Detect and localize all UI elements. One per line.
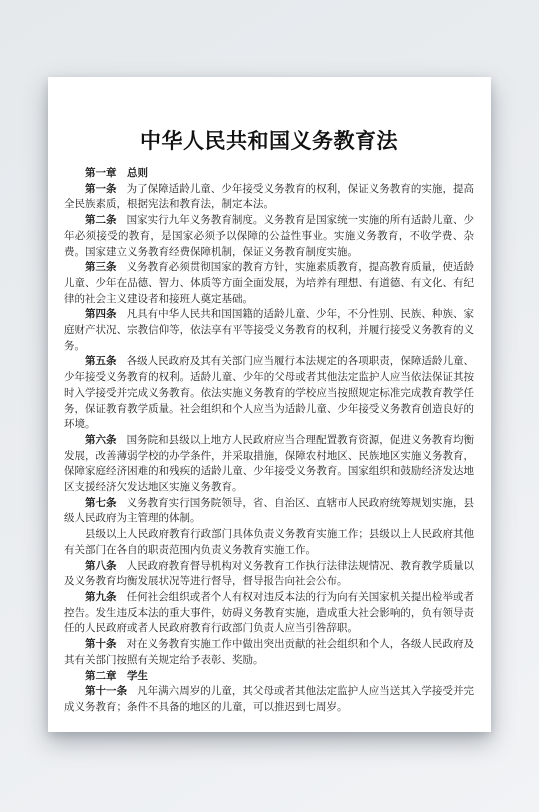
desktop-background: 中华人民共和国义务教育法 第一章 总则 第一条为了保障适龄儿童、少年接受义务教育… [0, 0, 539, 812]
paragraph-text: 县级以上人民政府教育行政部门具体负责义务教育实施工作；县级以上人民政府其他有关部… [64, 529, 474, 556]
article-paragraph: 第八条人民政府教育督导机构对义务教育工作执行法律法规情况、教育教学质量以及义务教… [64, 559, 474, 590]
article-text: 人民政府教育督导机构对义务教育工作执行法律法规情况、教育教学质量以及义务教育均衡… [64, 561, 474, 588]
document-title: 中华人民共和国义务教育法 [64, 129, 474, 153]
article-text: 为了保障适龄儿童、少年接受义务教育的权利，保证义务教育的实施，提高全民族素质，根… [64, 184, 474, 211]
article-label: 第三条 [85, 262, 117, 273]
article-paragraph: 第五条各级人民政府及其有关部门应当履行本法规定的各项职责，保障适龄儿童、少年接受… [64, 354, 474, 433]
article-label: 第七条 [85, 498, 117, 509]
article-paragraph: 第六条国务院和县级以上地方人民政府应当合理配置教育资源，促进义务教育均衡发展，改… [64, 433, 474, 496]
article-label: 第五条 [85, 356, 117, 367]
article-text: 义务教育实行国务院领导，省、自治区、直辖市人民政府统筹规划实施，县级人民政府为主… [64, 498, 474, 525]
article-label: 第八条 [85, 561, 117, 572]
article-label: 第一条 [85, 184, 117, 195]
article-text: 任何社会组织或者个人有权对违反本法的行为向有关国家机关提出检举或者控告。发生违反… [64, 592, 474, 634]
article-label: 第四条 [85, 309, 117, 320]
article-label: 第十条 [85, 639, 117, 650]
article-paragraph: 第二条国家实行九年义务教育制度。义务教育是国家统一实施的所有适龄儿童、少年必须接… [64, 213, 474, 260]
article-text: 国务院和县级以上地方人民政府应当合理配置教育资源，促进义务教育均衡发展，改善薄弱… [64, 435, 474, 493]
article-paragraph: 第七条义务教育实行国务院领导，省、自治区、直辖市人民政府统筹规划实施，县级人民政… [64, 496, 474, 527]
article-text: 义务教育必须贯彻国家的教育方针，实施素质教育，提高教育质量，使适龄儿童、少年在品… [64, 262, 474, 304]
article-text: 对在义务教育实施工作中做出突出贡献的社会组织和个人，各级人民政府及其有关部门按照… [64, 639, 474, 666]
chapter-heading: 第一章 总则 [64, 166, 474, 182]
article-paragraph: 第十条对在义务教育实施工作中做出突出贡献的社会组织和个人，各级人民政府及其有关部… [64, 637, 474, 668]
document-body: 第一章 总则 第一条为了保障适龄儿童、少年接受义务教育的权利，保证义务教育的实施… [64, 166, 474, 716]
article-paragraph: 第一条为了保障适龄儿童、少年接受义务教育的权利，保证义务教育的实施，提高全民族素… [64, 182, 474, 213]
article-label: 第六条 [85, 435, 117, 446]
article-paragraph: 第十一条凡年满六周岁的儿童，其父母或者其他法定监护人应当送其入学接受并完成义务教… [64, 684, 474, 715]
article-text: 各级人民政府及其有关部门应当履行本法规定的各项职责，保障适龄儿童、少年接受义务教… [64, 356, 474, 430]
article-label: 第九条 [85, 592, 117, 603]
plain-paragraph: 县级以上人民政府教育行政部门具体负责义务教育实施工作；县级以上人民政府其他有关部… [64, 527, 474, 558]
article-label: 第二条 [85, 215, 117, 226]
article-paragraph: 第四条凡具有中华人民共和国国籍的适龄儿童、少年，不分性别、民族、种族、家庭财产状… [64, 307, 474, 354]
article-text: 凡具有中华人民共和国国籍的适龄儿童、少年，不分性别、民族、种族、家庭财产状况、宗… [64, 309, 474, 351]
article-label: 第十一条 [85, 686, 127, 697]
article-text: 国家实行九年义务教育制度。义务教育是国家统一实施的所有适龄儿童、少年必须接受的教… [64, 215, 474, 257]
document-page: 中华人民共和国义务教育法 第一章 总则 第一条为了保障适龄儿童、少年接受义务教育… [48, 77, 491, 732]
article-paragraph: 第九条任何社会组织或者个人有权对违反本法的行为向有关国家机关提出检举或者控告。发… [64, 590, 474, 637]
chapter-heading: 第二章 学生 [64, 669, 474, 685]
article-paragraph: 第三条义务教育必须贯彻国家的教育方针，实施素质教育，提高教育质量，使适龄儿童、少… [64, 260, 474, 307]
